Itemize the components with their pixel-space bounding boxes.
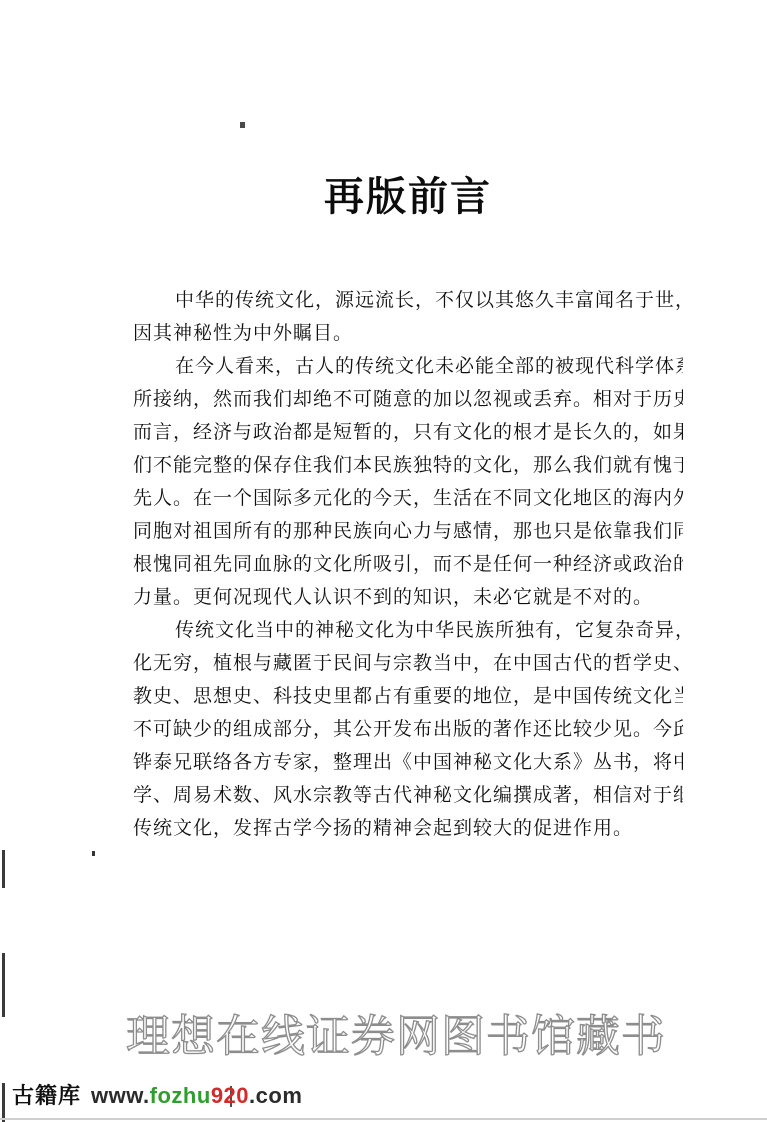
body-line: 而言，经济与政治都是短暂的，只有文化的根才是长久的，如果我 (133, 416, 683, 449)
footer-url-fozhu: fozhu (150, 1083, 211, 1108)
body-line: 传统文化，发挥古学今扬的精神会起到较大的促进作用。 (133, 812, 683, 845)
body-line: 化无穷，植根与藏匿于民间与宗教当中，在中国古代的哲学史、宗 (133, 647, 683, 680)
scan-edge-line (2, 850, 5, 888)
body-line: 中华的传统文化，源远流长，不仅以其悠久丰富闻名于世，还 (133, 284, 683, 317)
footer-url-920: 920 (211, 1083, 249, 1108)
scan-speck (92, 851, 95, 856)
scan-speck (240, 122, 245, 128)
body-line: 先人。在一个国际多元化的今天，生活在不同文化地区的海内外 (133, 482, 683, 515)
scanned-book-page: 再版前言 中华的传统文化，源远流长，不仅以其悠久丰富闻名于世，还 因其神秘性为中… (0, 0, 767, 1122)
footer-banner: 古籍库www.fozhu920.com (12, 1082, 302, 1112)
library-watermark: 理想在线证券网图书馆藏书 (126, 1010, 646, 1064)
body-line: 因其神秘性为中外瞩目。 (133, 317, 683, 350)
body-line: 不可缺少的组成部分，其公开发布出版的著作还比较少见。今邱 (133, 713, 683, 746)
body-line: 学、周易术数、风水宗教等古代神秘文化编撰成著，相信对于继承 (133, 779, 683, 812)
body-line: 在今人看来，古人的传统文化未必能全部的被现代科学体系 (133, 350, 683, 383)
body-line: 教史、思想史、科技史里都占有重要的地位，是中国传统文化当中 (133, 680, 683, 713)
body-line: 根愧同祖先同血脉的文化所吸引，而不是任何一种经济或政治的 (133, 548, 683, 581)
body-line: 们不能完整的保存住我们本民族独特的文化，那么我们就有愧于 (133, 449, 683, 482)
body-line: 力量。更何况现代人认识不到的知识，未必它就是不对的。 (133, 581, 683, 614)
scan-bottom-rule (0, 1118, 767, 1120)
page-title: 再版前言 (133, 171, 683, 223)
body-line: 同胞对祖国所有的那种民族向心力与感情，那也只是依靠我们同 (133, 515, 683, 548)
footer-url-com: .com (249, 1083, 302, 1108)
preface-body: 中华的传统文化，源远流长，不仅以其悠久丰富闻名于世，还 因其神秘性为中外瞩目。 … (133, 284, 683, 845)
scan-edge-line (2, 1083, 5, 1122)
body-line: 所接纳，然而我们却绝不可随意的加以忽视或丢弃。相对于历史 (133, 383, 683, 416)
body-line: 传统文化当中的神秘文化为中华民族所独有，它复杂奇异，变 (133, 614, 683, 647)
scan-edge-line (2, 953, 5, 1017)
footer-url-www: www. (91, 1083, 150, 1108)
body-line: 铧泰兄联络各方专家，整理出《中国神秘文化大系》丛书，将中国哲 (133, 746, 683, 779)
footer-url: www.fozhu920.com (91, 1083, 302, 1108)
footer-site-name: 古籍库 (12, 1083, 81, 1108)
